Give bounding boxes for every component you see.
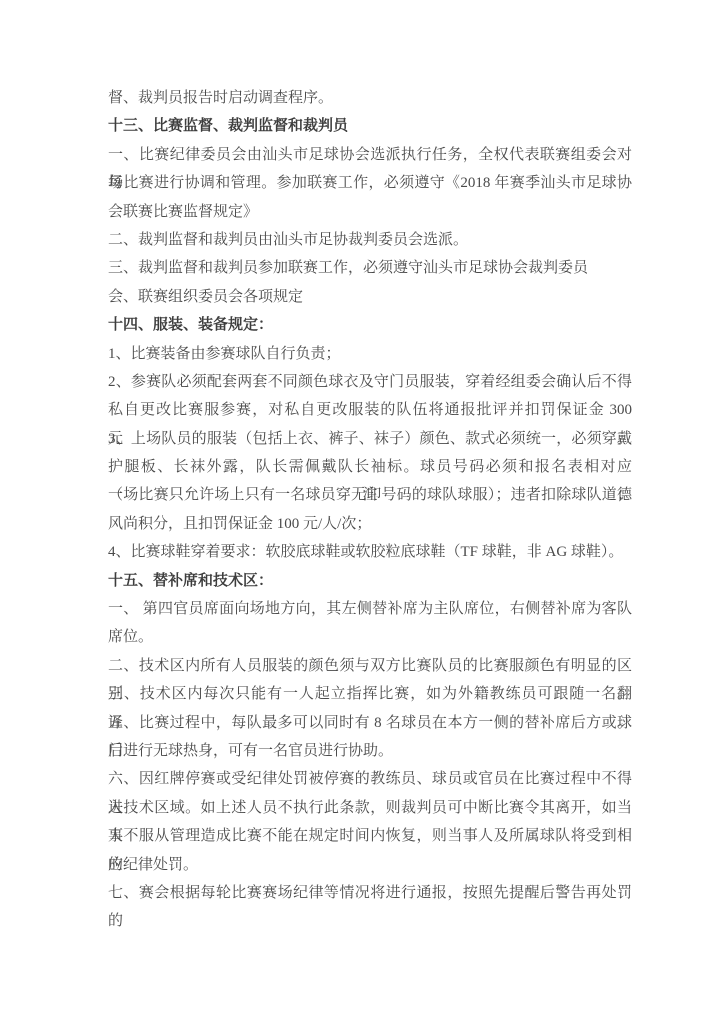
text-line: 的纪律处罚。 [108,851,632,879]
text-line: 七、赛会根据每轮比赛赛场纪律等情况将进行通报，按照先提醒后警告再处罚的 [108,879,632,907]
text-line: 1、比赛装备由参赛球队自行负责； [108,340,632,368]
text-line: 二、裁判监督和裁判员由汕头市足协裁判委员会选派。 [108,226,632,254]
text-line: 二、技术区内所有人员服装的颜色须与双方比赛队员的比赛服颜色有明显的区别。 [108,652,632,680]
text-line: 五、比赛过程中，每队最多可以同时有 8 名球员在本方一侧的替补席后方或球门 [108,709,632,737]
text-line: 入技术区域。如上述人员不执行此条款，则裁判员可中断比赛令其离开，如当事 [108,794,632,822]
text-line: 三、裁判监督和裁判员参加联赛工作，必须遵守汕头市足球协会裁判委员 [108,254,632,282]
document-page: 督、裁判员报告时启动调查程序。十三、比赛监督、裁判监督和裁判员一、比赛纪律委员会… [0,0,720,1019]
text-line: 一、 第四官员席面向场地方向，其左侧替补席为主队席位，右侧替补席为客队 [108,595,632,623]
text-line: 3、上场队员的服装（包括上衣、裤子、袜子）颜色、款式必须统一，必须穿戴 [108,425,632,453]
text-line: 护腿板、长袜外露，队长需佩戴队长袖标。球员号码必须和报名表相对应（注； [108,453,632,481]
section-heading: 十三、比赛监督、裁判监督和裁判员 [108,112,632,140]
text-line: 席位。 [108,623,632,651]
document-content: 督、裁判员报告时启动调查程序。十三、比赛监督、裁判监督和裁判员一、比赛纪律委员会… [108,84,632,907]
text-line: 后进行无球热身，可有一名官员进行协助。 [108,737,632,765]
text-line: 2、参赛队必须配套两套不同颜色球衣及守门员服装，穿着经组委会确认后不得 [108,368,632,396]
text-line: 私自更改比赛服参赛，对私自更改服装的队伍将通报批评并扣罚保证金 300 元。 [108,396,632,424]
text-line: 人不服从管理造成比赛不能在规定时间内恢复，则当事人及所属球队将受到相应 [108,822,632,850]
text-line: 会联赛比赛监督规定》 [108,198,632,226]
text-line: 一场比赛只允许场上只有一名球员穿无印号码的球队球服）；违者扣除球队道德 [108,481,632,509]
text-line: 场比赛进行协调和管理。参加联赛工作，必须遵守《2018 年赛季汕头市足球协 [108,169,632,197]
text-line: 督、裁判员报告时启动调查程序。 [108,84,632,112]
section-heading: 十五、替补席和技术区： [108,567,632,595]
text-line: 一、比赛纪律委员会由汕头市足球协会选派执行任务，全权代表联赛组委会对每 [108,141,632,169]
text-line: 三、技术区内每次只能有一人起立指挥比赛，如为外籍教练员可跟随一名翻译。 [108,680,632,708]
text-line: 六、因红牌停赛或受纪律处罚被停赛的教练员、球员或官员在比赛过程中不得进 [108,765,632,793]
text-line: 风尚积分，且扣罚保证金 100 元/人/次； [108,510,632,538]
text-line: 会、联赛组织委员会各项规定 [108,283,632,311]
section-heading: 十四、服装、装备规定： [108,311,632,339]
text-line: 4、比赛球鞋穿着要求：软胶底球鞋或软胶粒底球鞋（TF 球鞋，非 AG 球鞋）。 [108,538,632,566]
